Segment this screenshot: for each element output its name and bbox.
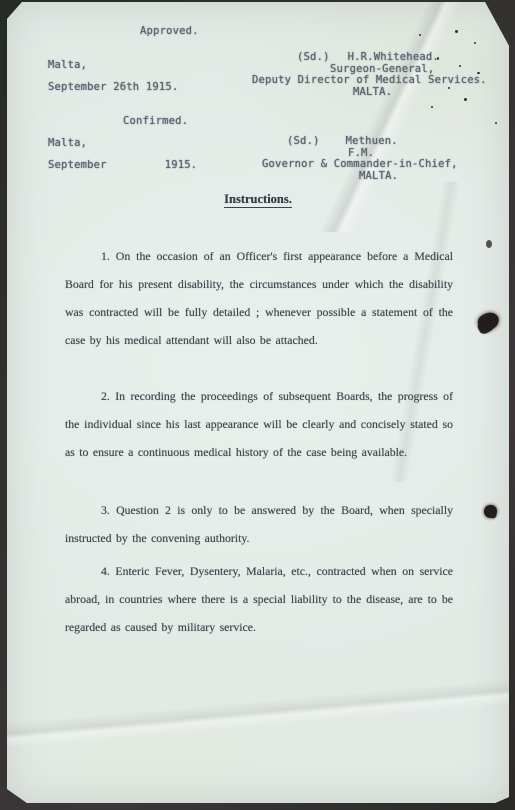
approved-signature-name: H.R.Whitehead. [348, 51, 439, 63]
confirmed-label: Confirmed. [123, 116, 188, 127]
instructions-heading: Instructions. [7, 192, 509, 207]
ink-speck [455, 30, 458, 33]
paper-sheet: Approved. Malta, September 26th 1915. (S… [7, 2, 509, 803]
confirmed-date: September1915. [48, 160, 197, 171]
instruction-paragraph-4: 4. Enteric Fever, Dysentery, Malaria, et… [65, 557, 453, 641]
ink-blot-small [484, 505, 497, 518]
ink-speck [448, 87, 450, 89]
ink-speck [431, 106, 433, 108]
approved-signature-place: MALTA. [353, 87, 392, 98]
confirmed-signature-place: MALTA. [359, 171, 398, 182]
paper-crease [7, 642, 509, 782]
ink-speck [495, 122, 497, 124]
confirmed-signature-sd: (Sd.) [287, 135, 320, 147]
instruction-paragraph-3: 3. Question 2 is only to be answered by … [65, 496, 453, 552]
approved-signature-line: (Sd.)H.R.Whitehead. [297, 52, 439, 63]
approved-signature-sd: (Sd.) [297, 51, 330, 63]
instruction-paragraph-2: 2. In recording the proceedings of subse… [65, 382, 453, 466]
instruction-paragraph-1: 1. On the occasion of an Officer's first… [65, 242, 453, 354]
confirmed-signature-name: Methuen. [346, 135, 398, 147]
ink-speck [459, 65, 461, 67]
approved-signature-title2: Deputy Director of Medical Services. [252, 75, 487, 86]
ink-speck [474, 42, 476, 44]
approved-place: Malta, [48, 60, 87, 71]
confirmed-date-year: 1915. [165, 159, 198, 171]
ink-speck [419, 34, 421, 36]
confirmed-place: Malta, [48, 138, 87, 149]
approved-date: September 26th 1915. [48, 82, 178, 93]
confirmed-date-month: September [48, 159, 107, 171]
confirmed-signature-line: (Sd.)Methuen. [287, 136, 398, 147]
scanned-document: Approved. Malta, September 26th 1915. (S… [0, 0, 515, 810]
approved-label: Approved. [140, 26, 199, 37]
ink-speck [464, 98, 467, 101]
confirmed-signature-title1: Governor & Commander-in-Chief, [262, 159, 458, 170]
ink-mark [486, 240, 492, 248]
ink-blot-large [475, 309, 502, 334]
